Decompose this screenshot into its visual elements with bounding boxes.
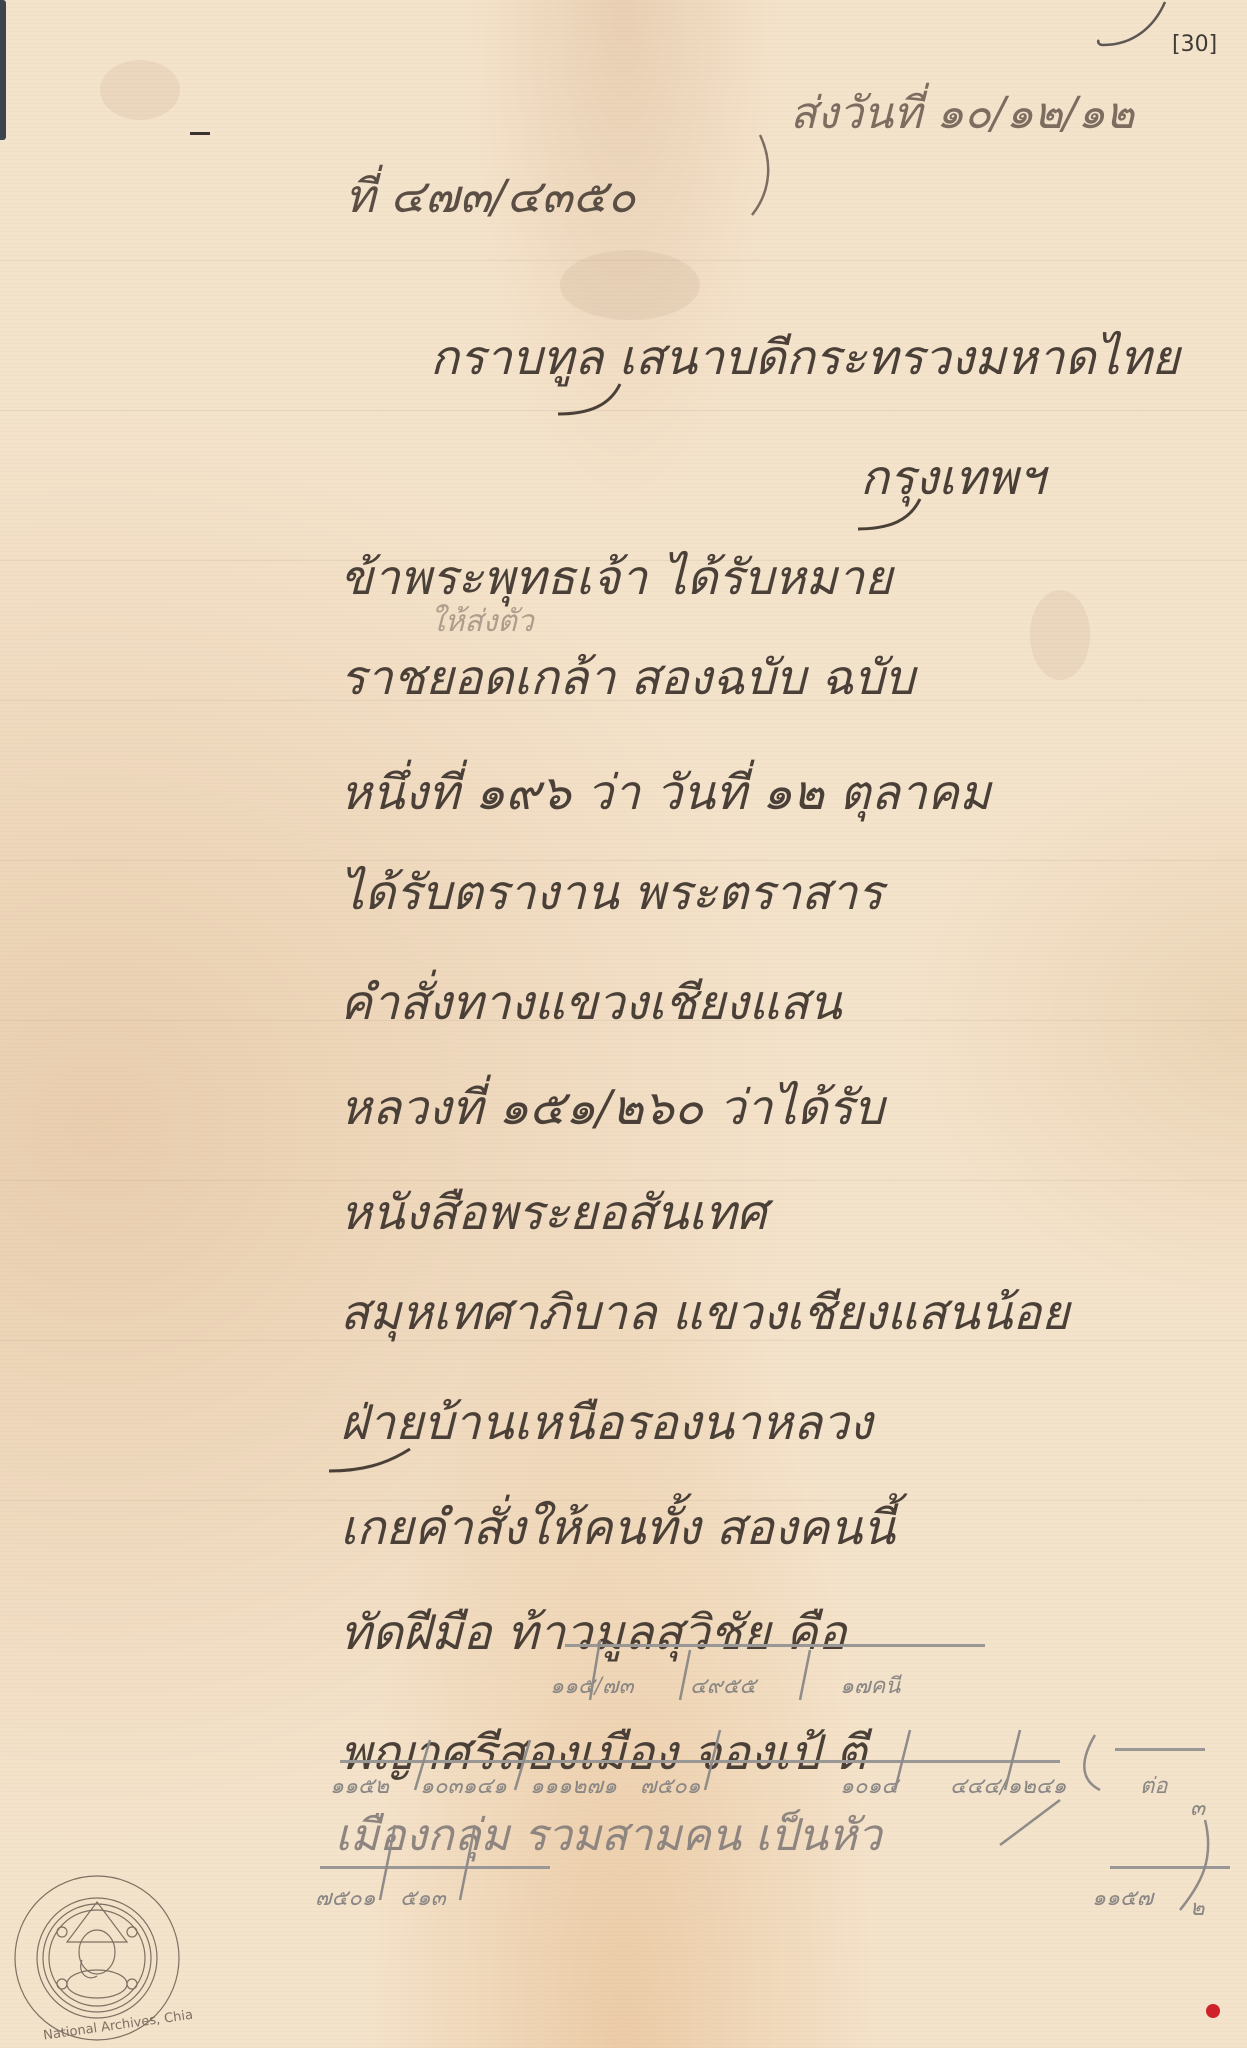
body-line: หลวงที่ ๑๕๑/๒๖๐ ว่าได้รับ: [340, 1070, 884, 1146]
pencil-dividers: [300, 1640, 1247, 1940]
body-line: เกยคำสั่งให้คนทั้ง สองคนนี้: [340, 1490, 895, 1566]
flourish-stroke: [550, 380, 630, 420]
body-line: ราชยอดเกล้า สองฉบับ ฉบับ: [340, 640, 915, 716]
ink-bleed: [560, 250, 700, 320]
binding-edge: [0, 0, 6, 140]
body-line: หนึ่งที่ ๑๙๖ ว่า วันที่ ๑๒ ตุลาคม: [340, 755, 991, 831]
stain: [100, 60, 180, 120]
archive-stamp: National Archives, Chiang Mai: [2, 1872, 192, 2044]
flourish-stroke: [325, 1445, 415, 1475]
ink-bleed: [1030, 590, 1090, 680]
page-number: [30]: [1172, 32, 1217, 57]
ink-mark: [190, 132, 210, 135]
sent-date-note: ส่งวันที่ ๑๐/๑๒/๑๒: [790, 78, 1134, 148]
flourish-stroke: [850, 495, 930, 535]
insertion-note: ให้ส่งตัว: [430, 598, 534, 645]
body-line: สมุหเทศาภิบาล แขวงเชียงแสนน้อย: [340, 1275, 1069, 1351]
body-line: คำสั่งทางแขวงเชียงแสน: [340, 965, 842, 1041]
body-line: ข้าพระพุทธเจ้า ได้รับหมาย: [340, 540, 892, 616]
bracket-stroke: [740, 130, 780, 220]
document-page: [30] ส่งวันที่ ๑๐/๑๒/๑๒ ที่ ๔๗๓/๔๓๕๐ กรา…: [0, 0, 1247, 2048]
corner-stroke: [1095, 0, 1175, 60]
document-number: ที่ ๔๗๓/๔๓๕๐: [345, 160, 635, 233]
body-line: ได้รับตรางาน พระตราสาร: [340, 855, 883, 931]
body-line: ฝ่ายบ้านเหนือรองนาหลวง: [340, 1385, 872, 1461]
body-line: หนังสือพระยอสันเทศ: [340, 1175, 767, 1251]
salutation-line-1: กราบทูล เสนาบดีกระทรวงมหาดไทย: [430, 320, 1179, 396]
red-ink-dot: [1206, 2004, 1220, 2018]
